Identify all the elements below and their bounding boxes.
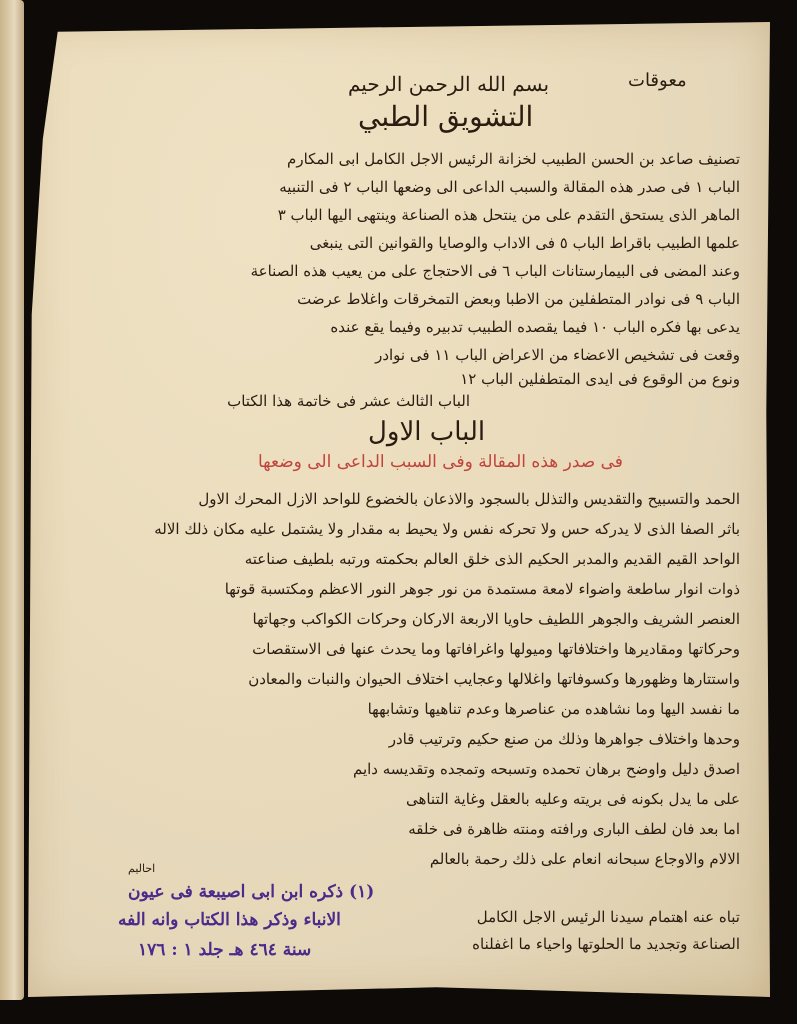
toc-line: الماهر الذى يستحق التقدم على من ينتحل هذ… bbox=[278, 208, 740, 223]
annotation-line: (١) ذكره ابن ابى اصيبعة فى عيون bbox=[128, 882, 374, 902]
body-line: واستتارها وظهورها وكسوفاتها واغلالها وعج… bbox=[248, 672, 740, 687]
annotation-line: سنة ٤٦٤ هـ جلد ١ : ١٧٦ bbox=[138, 940, 311, 960]
body-line: باثر الصفا الذى لا يدركه حس ولا تحركه نف… bbox=[154, 522, 740, 537]
toc-line: ونوع من الوقوع فى ايدى المتطفلين الباب ١… bbox=[460, 372, 740, 387]
toc-line: وعند المضى فى البيمارستانات الباب ٦ فى ا… bbox=[251, 264, 740, 279]
body-line: تباه عنه اهتمام سيدنا الرئيس الاجل الكام… bbox=[477, 910, 740, 925]
body-line: وحدها واختلاف جواهرها وذلك من صنع حكيم و… bbox=[389, 732, 740, 747]
body-line: العنصر الشريف والجوهر اللطيف حاويا الارب… bbox=[253, 612, 741, 627]
body-line: اصدق دليل واوضح برهان تحمده وتسبحه وتمجد… bbox=[353, 762, 740, 777]
body-line: اما بعد فان لطف البارى ورافته ومنته ظاهر… bbox=[408, 822, 740, 837]
body-line: الصناعة وتجديد ما الحلوتها واحياء ما اغف… bbox=[472, 937, 740, 952]
adjacent-page-edge bbox=[0, 0, 24, 1000]
body-line: الواحد القيم القديم والمدبر الحكيم الذى … bbox=[245, 552, 740, 567]
toc-line: الباب ١ فى صدر هذه المقالة والسبب الداعى… bbox=[279, 180, 740, 195]
toc-line: الباب الثالث عشر فى خاتمة هذا الكتاب bbox=[227, 394, 470, 409]
annotation-small-note: احاليم bbox=[128, 862, 155, 875]
body-line: وحركاتها ومقاديرها واختلافاتها وميولها و… bbox=[252, 642, 740, 657]
toc-line: يدعى بها فكره الباب ١٠ فيما يقصده الطبيب… bbox=[330, 320, 740, 335]
body-line: ذوات انوار ساطعة واضواء لامعة مستمدة من … bbox=[225, 582, 740, 597]
body-line: الالام والاوجاع سبحانه انعام على ذلك رحم… bbox=[430, 852, 740, 867]
manuscript-title: التشويق الطبي bbox=[358, 100, 533, 133]
body-line: ما نفسد اليها وما نشاهده من عناصرها وعدم… bbox=[368, 702, 740, 717]
body-line: الحمد والتسبيح والتقديس والتذلل بالسجود … bbox=[198, 492, 740, 507]
chapter-heading: الباب الاول bbox=[368, 417, 485, 447]
basmala: بسم الله الرحمن الرحيم bbox=[348, 72, 549, 96]
toc-line: تصنيف صاعد بن الحسن الطبيب لخزانة الرئيس… bbox=[287, 152, 740, 167]
annotation-line: الانباء وذكر هذا الكتاب وانه الفه bbox=[118, 910, 341, 930]
toc-line: الباب ٩ فى نوادر المتطفلين من الاطبا وبع… bbox=[297, 292, 740, 307]
chapter-subtitle: فى صدر هذه المقالة وفى السبب الداعى الى … bbox=[258, 452, 623, 472]
corner-note: معوقات bbox=[628, 70, 687, 91]
toc-line: وقعت فى تشخيص الاعضاء من الاعراض الباب ١… bbox=[375, 348, 740, 363]
manuscript-page: معوقات بسم الله الرحمن الرحيم التشويق ال… bbox=[28, 22, 770, 997]
toc-line: علمها الطبيب باقراط الباب ٥ فى الاداب وا… bbox=[310, 236, 740, 251]
body-line: على ما يدل بكونه فى بريته وعليه بالعقل و… bbox=[406, 792, 740, 807]
